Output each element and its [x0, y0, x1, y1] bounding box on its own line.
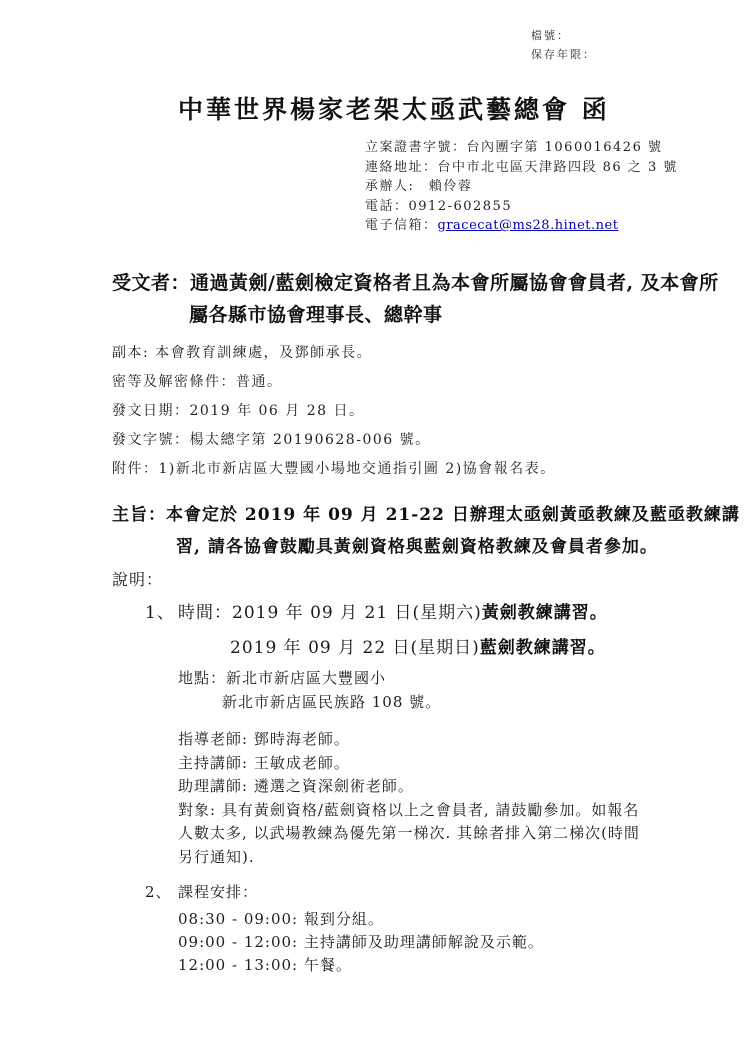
- document-title: 中華世界楊家老架太亟武藝總會 函: [178, 90, 610, 126]
- field-issue-date: 發文日期：2019 年 06 月 28 日。: [112, 400, 365, 420]
- field-doc-number: 發文字號：楊太總字第 20190628-006 號。: [112, 429, 431, 449]
- item1-date1-line: 時間：2019 年 09 月 21 日(星期六)黃劍教練講習。: [178, 598, 608, 623]
- date1-course: 黃劍教練講習。: [482, 603, 608, 623]
- document-page: 檔號： 保存年限： 中華世界楊家老架太亟武藝總會 函 立案證書字號：台內團字第 …: [0, 0, 748, 1058]
- item2-number: 2、: [145, 881, 172, 902]
- schedule-line: 12:00 - 13:00: 午餐。: [178, 954, 352, 975]
- host-line: 主持講師: 王敏成老師。: [178, 752, 350, 773]
- schedule-line: 09:00 - 12:00: 主持講師及助理講師解說及示範。: [178, 931, 544, 952]
- date2: 2019 年 09 月 22 日(星期日): [230, 638, 480, 658]
- instructor-line: 指導老師: 鄧時海老師。: [178, 728, 350, 749]
- email-label: 電子信箱：: [365, 218, 438, 233]
- date1: 2019 年 09 月 21 日(星期六): [232, 603, 482, 623]
- location-line2: 新北市新店區民族路 108 號。: [222, 691, 441, 712]
- subject-line1: 主旨：本會定於 2019 年 09 月 21-22 日辦理太亟劍黃亟教練及藍亟教…: [112, 500, 740, 525]
- assistant-line: 助理講師: 遴選之資深劍術老師。: [178, 775, 414, 796]
- field-attachments: 附件：1)新北市新店區大豐國小場地交通指引圖 2)協會報名表。: [112, 458, 556, 478]
- subject-line2: 習, 請各協會鼓勵具黃劍資格與藍劍資格教練及會員者參加。: [176, 532, 658, 557]
- date2-course: 藍劍教練講習。: [480, 638, 606, 658]
- field-classification: 密等及解密條件：普通。: [112, 371, 283, 391]
- time-label: 時間：: [178, 603, 232, 623]
- recipient-line2: 屬各縣市協會理事長、總幹事: [189, 300, 443, 327]
- file-number-label: 檔號：: [531, 26, 570, 45]
- recipient-line1: 受文者：通過黃劍/藍劍檢定資格者且為本會所屬協會會員者, 及本會所: [112, 268, 719, 295]
- item1-date2-line: 2019 年 09 月 22 日(星期日)藍劍教練講習。: [230, 633, 606, 658]
- org-info-block: 立案證書字號：台內團字第 1060016426 號 連絡地址：台中市北屯區天津路…: [365, 138, 678, 236]
- email-link[interactable]: gracecat@ms28.hinet.net: [438, 218, 619, 233]
- item1-number: 1、: [145, 598, 175, 623]
- location-line1: 地點：新北市新店區大豐國小: [178, 667, 386, 688]
- registration-number: 立案證書字號：台內團字第 1060016426 號: [365, 138, 678, 158]
- contact-person: 承辦人: 賴伶蓉: [365, 177, 678, 197]
- schedule-line: 08:30 - 09:00: 報到分組。: [178, 908, 384, 929]
- target-line2: 人數太多, 以武場教練為優先第一梯次. 其餘者排入第二梯次(時間: [178, 822, 640, 843]
- item2-title: 課程安排：: [178, 881, 258, 902]
- field-copy-to: 副本: 本會教育訓練處，及鄧師承長。: [112, 342, 372, 362]
- explanation-label: 說明：: [112, 567, 163, 590]
- phone-number: 電話：0912-602855: [365, 197, 678, 217]
- email-row: 電子信箱：gracecat@ms28.hinet.net: [365, 216, 678, 236]
- retention-period-label: 保存年限：: [531, 45, 596, 64]
- target-line3: 另行通知).: [178, 846, 255, 867]
- org-address: 連絡地址：台中市北屯區天津路四段 86 之 3 號: [365, 158, 678, 178]
- target-line1: 對象: 具有黃劍資格/藍劍資格以上之會員者, 請鼓勵參加。如報名: [178, 799, 639, 820]
